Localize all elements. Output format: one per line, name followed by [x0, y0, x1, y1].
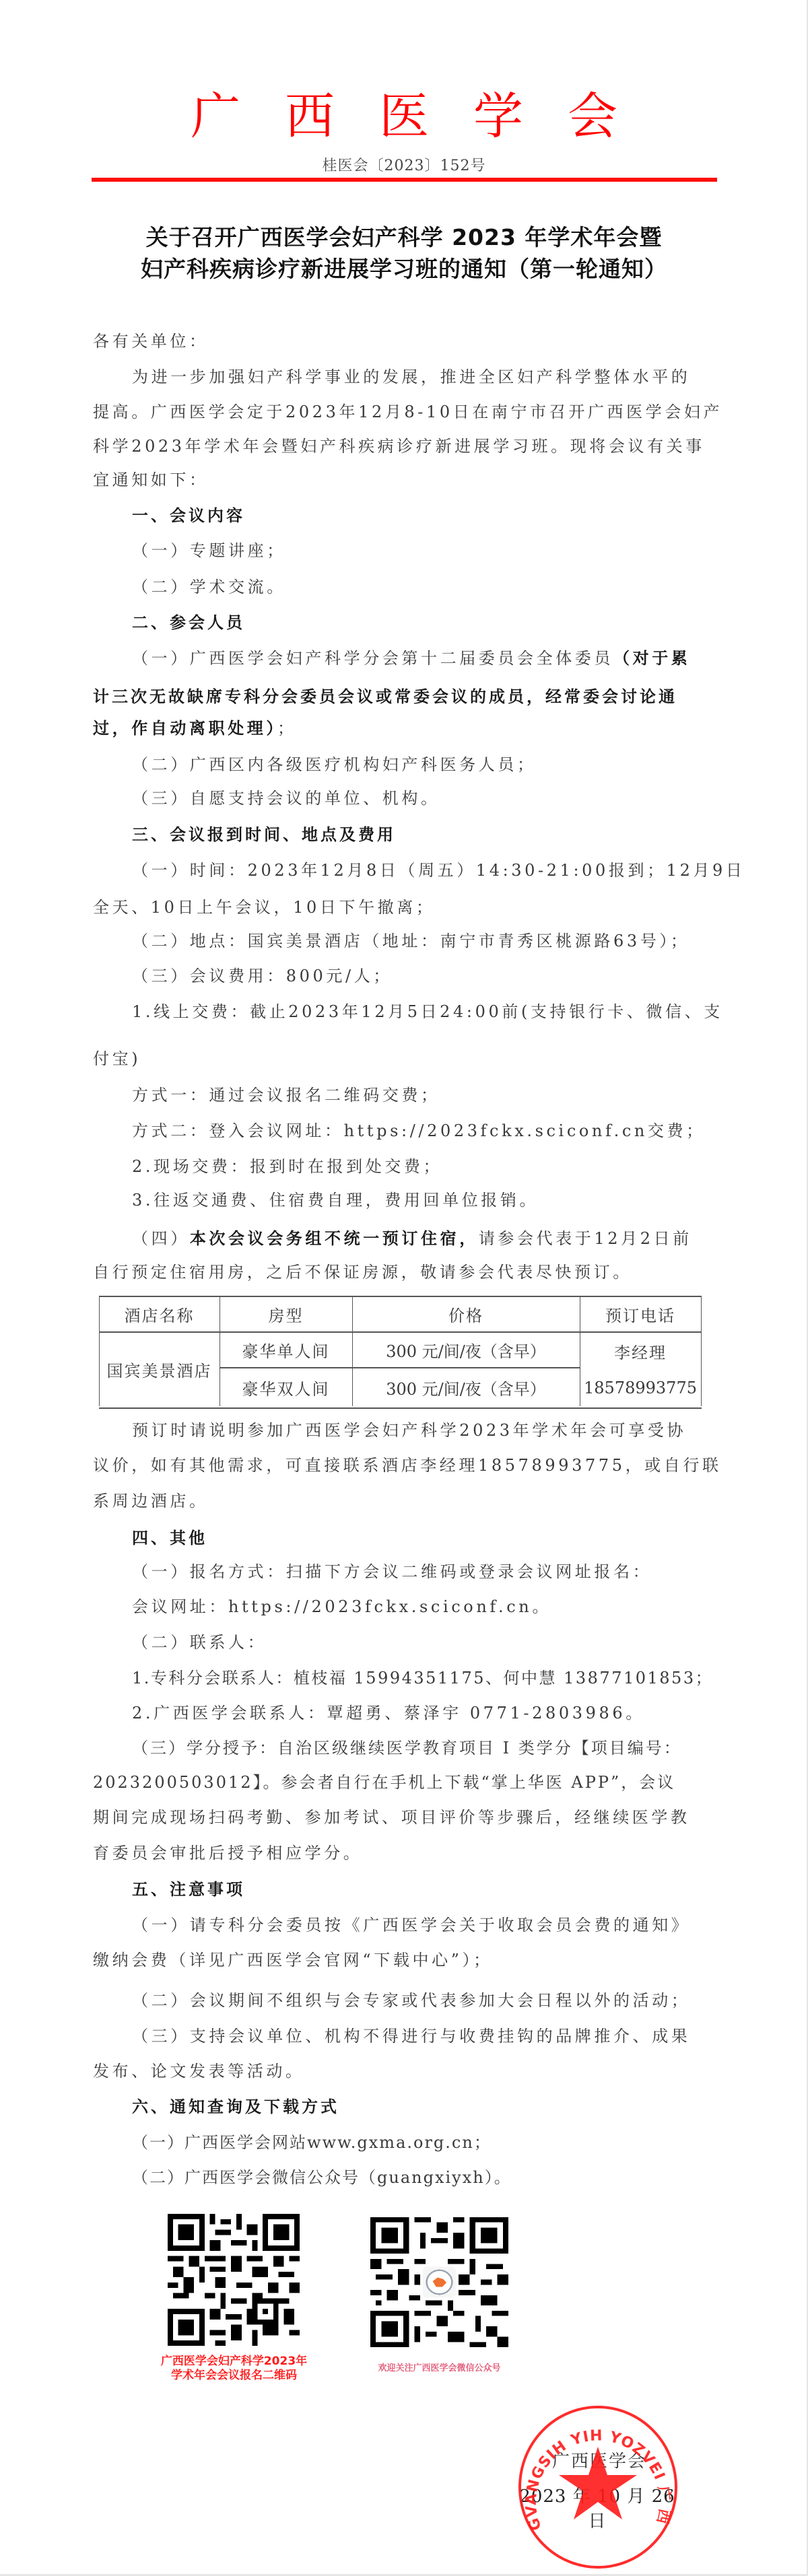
room-type-cell: 豪华单人间 [220, 1333, 352, 1367]
venue-address: （二）地点：国宾美景酒店（地址：南宁市青秀区桃源路63号）； [132, 931, 690, 951]
lodging-notice: （四）本次会议会务组不统一预订住宿，请参会代表于12月2日前 [132, 1228, 692, 1249]
lodging-notice-cont: 自行预定住宿用房，之后不保证房源，敬请参会代表尽快预订。 [93, 1262, 632, 1282]
qr-code-icon [370, 2217, 508, 2347]
notice-title-line-1: 关于召开广西医学会妇产科学 2023 年学术年会暨 [0, 223, 808, 252]
intro-line: 提高。广西医学会定于2023年12月8-10日在南宁市召开广西医学会妇产 [93, 402, 722, 422]
hotel-table: 酒店名称 房型 价格 预订电话 国宾美景酒店 豪华单人间 300 元/间/夜（含… [99, 1296, 702, 1409]
qr-code-icon [168, 2214, 300, 2346]
credit-info: 期间完成现场扫码考勤、参加考试、项目评价等步骤后，经继续医学教 [93, 1807, 690, 1827]
registration-qr-caption: 广西医学会妇产科学2023年 学术年会会议报名二维码 [151, 2355, 316, 2383]
attendee-item-1-bold: （对于累 [613, 649, 690, 668]
intro-line: 科学2023年学术年会暨妇产科疾病诊疗新进展学习班。现将会议有关事 [93, 436, 705, 456]
official-seal-icon: GVANGSIH YIH YOZVEI 广 西 医 学 会 [517, 2405, 679, 2569]
salutation: 各有关单位： [93, 331, 209, 351]
wechat-qr-caption: 欢迎关注广西医学会微信公众号 [367, 2361, 512, 2375]
note-item-3-cont: 发布、论文发表等活动。 [93, 2061, 305, 2081]
section-heading-download: 六、通知查询及下载方式 [132, 2097, 339, 2117]
masthead-title: 广西医学会 [0, 79, 808, 153]
room-type-cell: 豪华双人间 [220, 1368, 352, 1406]
table-header: 价格 [352, 1297, 580, 1331]
wechat-item: （二）广西医学会微信公众号（guangxiyxh）。 [132, 2167, 512, 2188]
lodging-rest: 请参会代表于12月2日前 [479, 1229, 692, 1248]
red-divider [92, 178, 717, 182]
online-payment: 1.线上交费：截止2023年12月5日24:00前(支持银行卡、微信、支 [132, 1002, 723, 1022]
registration-method: （一）报名方式：扫描下方会议二维码或登录会议网址报名： [132, 1562, 652, 1582]
contact-association: 2.广西医学会联系人：覃超勇、蔡泽宇 0771-2803986。 [132, 1703, 645, 1723]
registration-fee: （三）会议费用：800元/人； [132, 966, 393, 986]
lodging-bold: 本次会议会务组不统一预订住宿， [190, 1229, 479, 1248]
booking-note: 系周边酒店。 [93, 1491, 209, 1511]
section-heading-content: 一、会议内容 [132, 506, 245, 526]
punctuation: ； [277, 719, 297, 738]
attendee-item-2: （二）广西区内各级医疗机构妇产科医务人员； [132, 755, 537, 775]
section-heading-logistics: 三、会议报到时间、地点及费用 [132, 825, 396, 845]
table-header: 预订电话 [580, 1297, 701, 1331]
attendee-item-3: （三）自愿支持会议的单位、机构。 [132, 788, 440, 808]
contacts-label: （二）联系人： [132, 1632, 267, 1652]
price-cell: 300 元/间/夜（含早） [352, 1333, 580, 1367]
schedule-time-cont: 全天、10日上午会议，10日下午撤离； [93, 897, 435, 917]
document-page: 广西医学会 桂医会〔2023〕152号 关于召开广西医学会妇产科学 2023 年… [0, 0, 808, 2576]
note-item-3: （三）支持会议单位、机构不得进行与收费挂钩的品牌推介、成果 [132, 2026, 690, 2046]
lodging-prefix: （四） [132, 1229, 190, 1248]
attendee-item-1: （一）广西医学会妇产科学分会第十二届委员会全体委员（对于累 [132, 648, 690, 668]
content-item: （二）学术交流。 [132, 577, 286, 597]
credit-info: （三）学分授予：自治区级继续医学教育项目 I 类学分【项目编号： [132, 1738, 682, 1758]
onsite-payment: 2.现场交费：报到时在报到处交费； [132, 1156, 442, 1177]
contact-name-cell: 李经理 [580, 1333, 701, 1370]
contact-specialty: 1.专科分会联系人：植枝福 15994351175、何中慧 1387710185… [132, 1668, 713, 1688]
credit-info: 育委员会审批后授予相应学分。 [93, 1843, 362, 1863]
qr-caption-line: 广西医学会妇产科学2023年 [151, 2355, 316, 2369]
website-item[interactable]: （一）广西医学会网站www.gxma.org.cn； [132, 2132, 492, 2153]
payment-method-2: 方式二：登入会议网址：https://2023fckx.sciconf.cn交费… [132, 1121, 706, 1141]
section-heading-other: 四、其他 [132, 1528, 207, 1548]
table-header: 房型 [220, 1297, 352, 1331]
intro-line: 宜通知如下： [93, 470, 209, 490]
notice-title-line-2: 妇产科疾病诊疗新进展学习班的通知（第一轮通知） [0, 254, 808, 284]
booking-note: 预订时请说明参加广西医学会妇产科学2023年学术年会可享受协 [132, 1420, 686, 1440]
section-heading-notes: 五、注意事项 [132, 1879, 245, 1900]
note-item-2: （二）会议期间不组织与会专家或代表参加大会日程以外的活动； [132, 1990, 690, 2011]
attendee-item-1-text: （一）广西医学会妇产科学分会第十二届委员会全体委员 [132, 649, 613, 668]
document-number: 桂医会〔2023〕152号 [0, 156, 808, 176]
table-border [701, 1297, 702, 1406]
online-payment-cont: 付宝) [93, 1049, 141, 1069]
schedule-time: （一）时间：2023年12月8日（周五）14:30-21:00报到；12月9日 [132, 860, 745, 880]
intro-line: 为进一步加强妇产科学事业的发展，推进全区妇产科学整体水平的 [132, 367, 690, 387]
price-cell: 300 元/间/夜（含早） [352, 1368, 580, 1406]
contact-phone-cell: 18578993775 [580, 1370, 701, 1406]
section-heading-attendees: 二、参会人员 [132, 613, 245, 633]
conference-url[interactable]: 会议网址：https://2023fckx.sciconf.cn。 [132, 1597, 551, 1617]
booking-note: 议价，如有其他需求，可直接联系酒店李经理18578993775，或自行联 [93, 1455, 722, 1475]
qr-caption-line: 学术年会会议报名二维码 [151, 2369, 316, 2383]
travel-expense: 3.往返交通费、住宿费自理，费用回单位报销。 [132, 1190, 539, 1210]
attendee-item-1-bold-line: 计三次无故缺席专科分会委员会议或常委会议的成员，经常委会讨论通 [93, 687, 677, 707]
note-item-1: （一）请专科分会委员按《广西医学会关于收取会员会费的通知》 [132, 1915, 690, 1935]
note-item-1-cont: 缴纳会费（详见广西医学会官网“下载中心”）； [93, 1950, 493, 1970]
attendee-item-1-end: 过，作自动离职处理）； [93, 718, 297, 738]
attendee-item-1-bold-end: 过，作自动离职处理） [93, 719, 277, 738]
table-header: 酒店名称 [99, 1297, 220, 1331]
hotel-name-cell: 国宾美景酒店 [99, 1333, 220, 1406]
content-item: （一）专题讲座； [132, 541, 286, 561]
payment-method-1: 方式一：通过会议报名二维码交费； [132, 1085, 440, 1105]
credit-info: 2023200503012】。参会者自行在手机上下载“掌上华医 APP”，会议 [93, 1772, 675, 1792]
